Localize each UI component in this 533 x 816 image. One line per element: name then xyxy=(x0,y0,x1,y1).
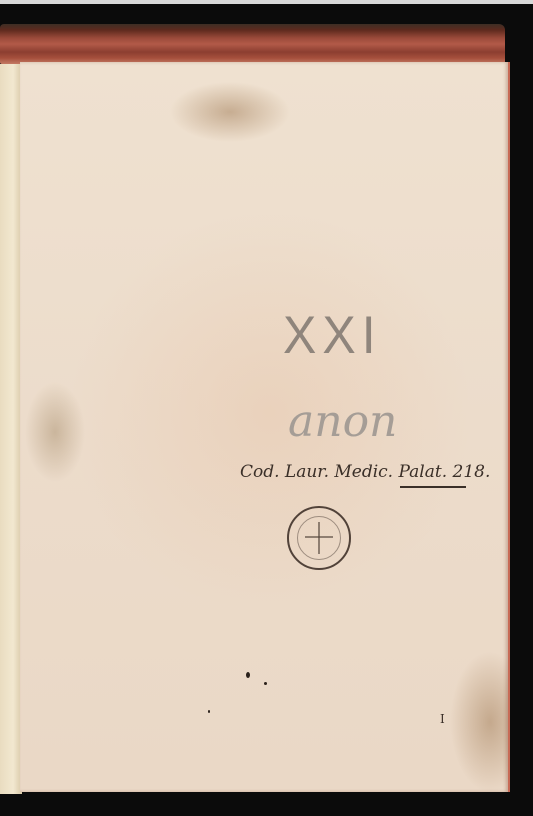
stamp-cross-icon xyxy=(318,522,320,554)
folio-number: I xyxy=(440,712,445,726)
flyleaf-edge xyxy=(0,64,22,794)
library-stamp-icon xyxy=(287,506,351,570)
ink-spot xyxy=(208,710,210,713)
stamp-cross-icon xyxy=(305,536,333,538)
manuscript-page: XXI anon Cod. Laur. Medic. Palat. 218. I xyxy=(20,62,510,792)
roman-numeral-annotation: XXI xyxy=(283,305,382,366)
viewer-top-bar xyxy=(0,0,533,4)
book-binding-edge xyxy=(0,24,505,64)
ink-spot xyxy=(264,682,267,685)
shelfmark-annotation: Cod. Laur. Medic. Palat. 218. xyxy=(240,462,490,482)
ink-spot xyxy=(246,672,250,678)
pencil-note: anon xyxy=(288,396,397,447)
shelfmark-underline xyxy=(400,486,466,488)
